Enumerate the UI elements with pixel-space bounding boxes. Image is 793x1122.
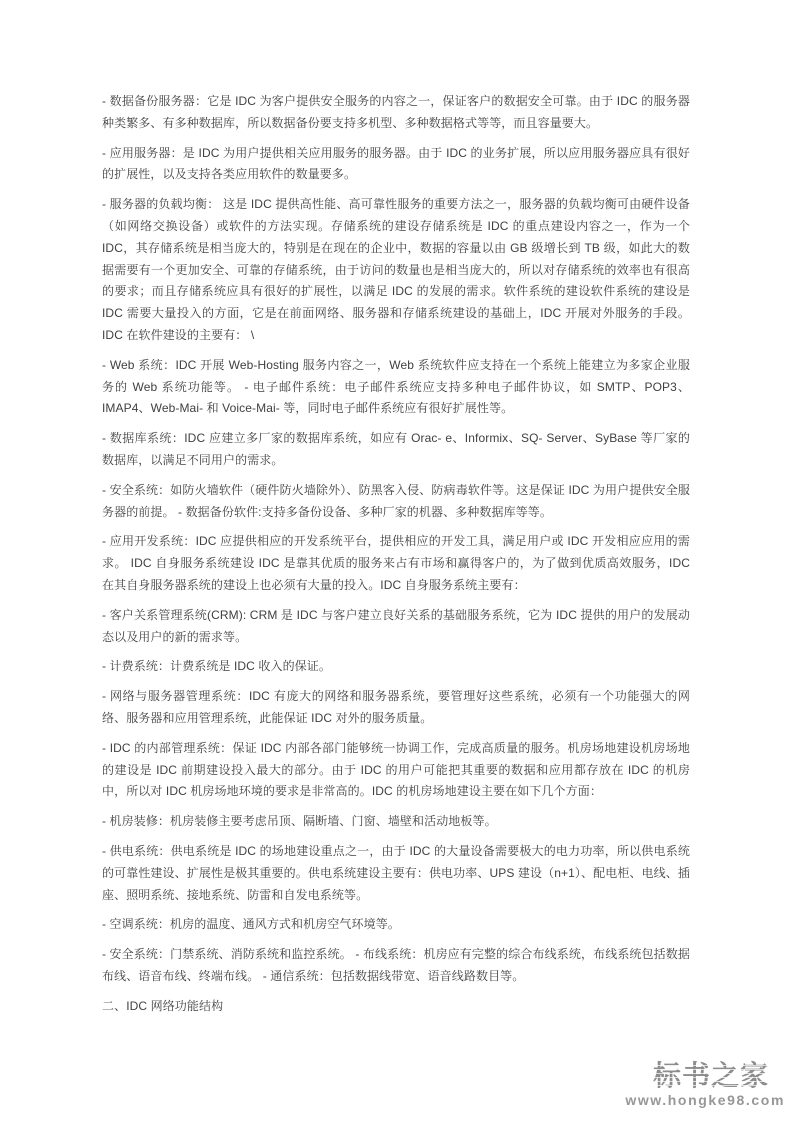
watermark-brand: 标书之家 <box>653 1062 769 1090</box>
paragraph: - 机房装修：机房装修主要考虑吊顶、隔断墙、门窗、墙壁和活动地板等。 <box>102 811 690 833</box>
paragraph: - 供电系统：供电系统是 IDC 的场地建设重点之一，由于 IDC 的大量设备需… <box>102 841 690 906</box>
paragraph: - 客户关系管理系统(CRM): CRM 是 IDC 与客户建立良好关系的基础服… <box>102 605 690 649</box>
paragraph: - 计费系统：计费系统是 IDC 收入的保证。 <box>102 656 690 678</box>
paragraph: - 应用服务器：是 IDC 为用户提供相关应用服务的服务器。由于 IDC 的业务… <box>102 143 690 187</box>
document-page: - 数据备份服务器：它是 IDC 为客户提供安全服务的内容之一，保证客户的数据安… <box>0 0 793 1122</box>
paragraph: - 空调系统：机房的温度、通风方式和机房空气环境等。 <box>102 914 690 936</box>
paragraph: - 安全系统：门禁系统、消防系统和监控系统。 - 布线系统：机房应有完整的综合布… <box>102 944 690 988</box>
watermark-brand-text: 标书之家 <box>653 1060 769 1091</box>
document-body: - 数据备份服务器：它是 IDC 为客户提供安全服务的内容之一，保证客户的数据安… <box>102 91 690 1025</box>
section-heading: 二、IDC 网络功能结构 <box>102 996 690 1018</box>
paragraph: - 数据备份服务器：它是 IDC 为客户提供安全服务的内容之一，保证客户的数据安… <box>102 91 690 135</box>
paragraph: - 安全系统：如防火墙软件（硬件防火墙除外）、防黑客入侵、防病毒软件等。这是保证… <box>102 480 690 524</box>
paragraph: - Web 系统：IDC 开展 Web-Hosting 服务内容之一，Web 系… <box>102 355 690 420</box>
watermark: 标书之家 www.hongke98.com <box>625 1062 787 1107</box>
paragraph: - 应用开发系统：IDC 应提供相应的开发系统平台，提供相应的开发工具，满足用户… <box>102 531 690 596</box>
watermark-url: www.hongke98.com <box>625 1093 787 1107</box>
paragraph: - IDC 的内部管理系统：保证 IDC 内部各部门能够统一协调工作，完成高质量… <box>102 738 690 803</box>
paragraph: - 数据库系统：IDC 应建立多厂家的数据库系统，如应有 Orac- e、Inf… <box>102 428 690 472</box>
paragraph: - 网络与服务器管理系统：IDC 有庞大的网络和服务器系统，要管理好这些系统，必… <box>102 686 690 730</box>
paragraph: - 服务器的负载均衡： 这是 IDC 提供高性能、高可靠性服务的重要方法之一，服… <box>102 194 690 347</box>
